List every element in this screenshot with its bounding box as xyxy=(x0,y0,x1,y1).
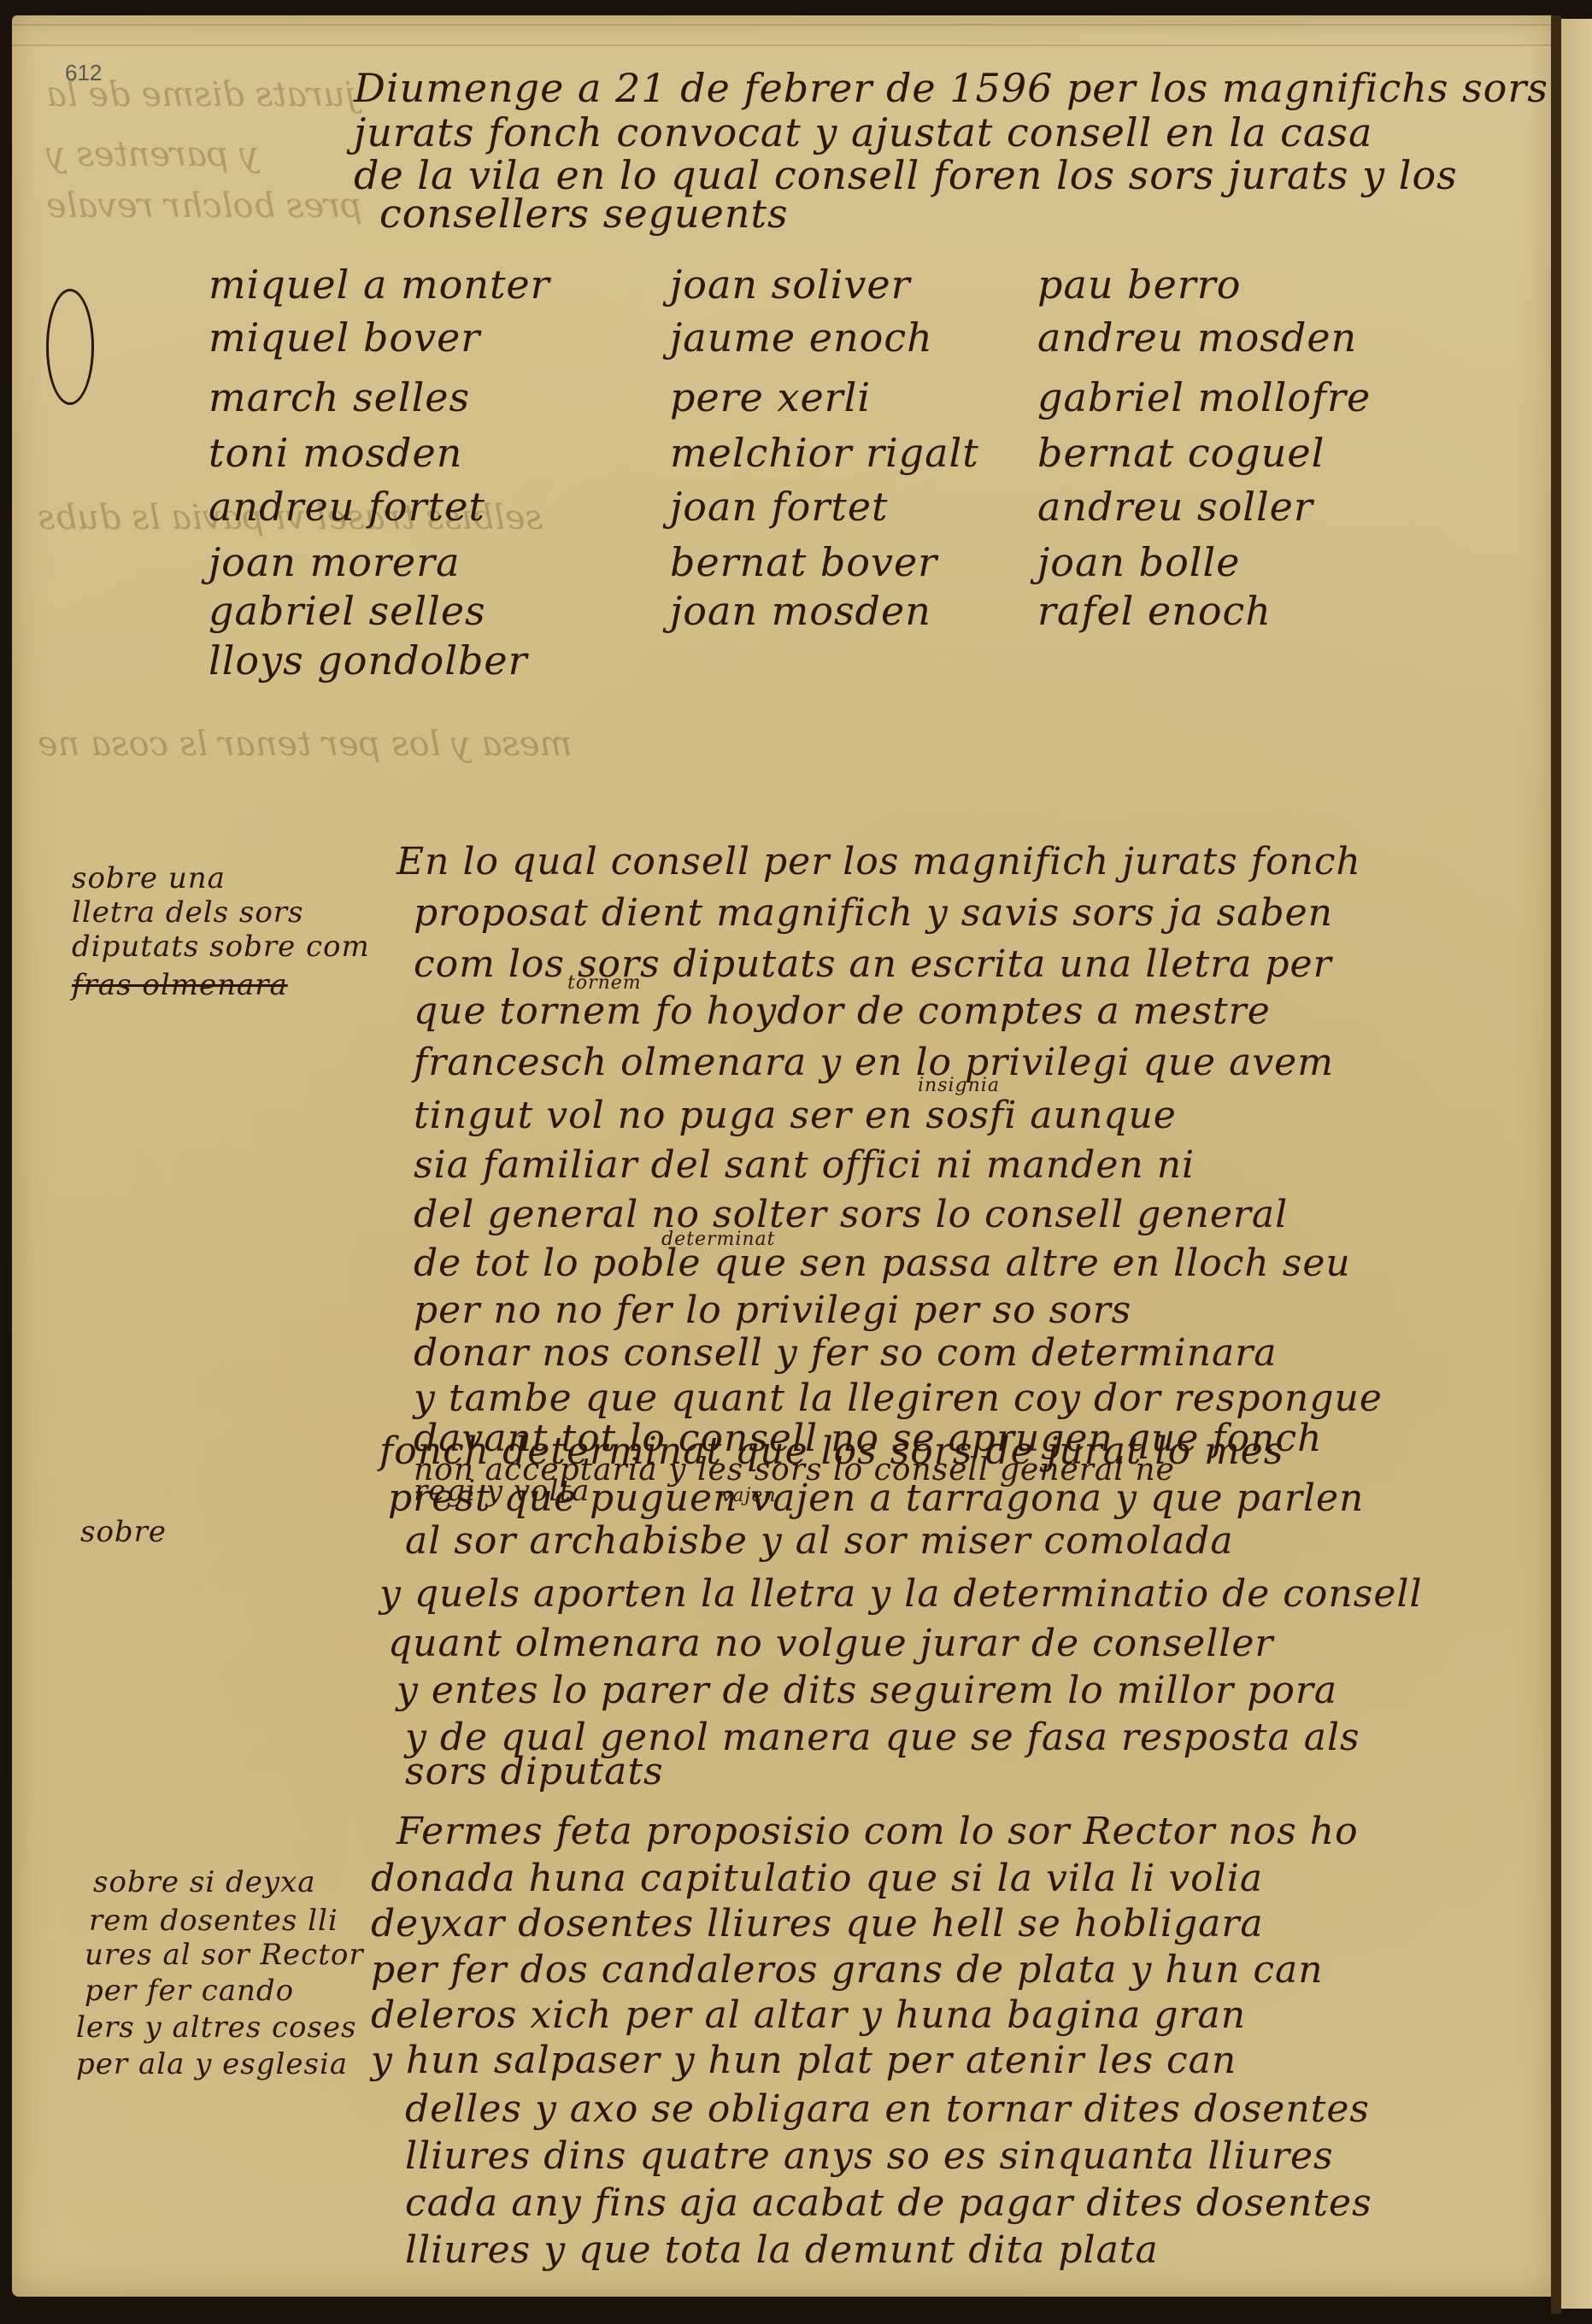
attendee-name: gabriel mollofre xyxy=(1037,374,1371,420)
attendee-name: rafel enoch xyxy=(1037,588,1272,634)
margin-note: sobre si deyxa xyxy=(93,1865,316,1899)
body-line: lliures y que tota la demunt dita plata xyxy=(405,2228,1159,2272)
adjacent-page-edge xyxy=(1561,19,1592,2309)
margin-note: per fer cando xyxy=(85,1974,294,2008)
attendee-name: andreu fortet xyxy=(209,484,485,530)
body-line: per fer dos candaleros grans de plata y … xyxy=(371,1948,1324,1992)
body-line: per no no fer lo privilegi per so sors xyxy=(414,1288,1131,1332)
body-line: donada huna capitulatio que si la vila l… xyxy=(371,1857,1263,1900)
attendee-name: pere xerli xyxy=(670,374,871,420)
attendee-name: joan morera xyxy=(209,539,461,585)
attendee-name: bernat bover xyxy=(670,539,937,585)
header-line-2: jurats fonch convocat y ajustat consell … xyxy=(354,109,1372,156)
bleed-through-text: pres bolchr revale xyxy=(46,186,362,226)
margin-note: rem dosentes lli xyxy=(89,1904,338,1938)
body-line: sors diputats xyxy=(405,1750,664,1793)
body-line: deyxar dosentes lliures que hell se hobl… xyxy=(371,1902,1264,1945)
body-line: que tornem fo hoydor de comptes a mestre xyxy=(414,989,1271,1033)
body-line: proposat dient magnifich y savis sors ja… xyxy=(414,891,1333,935)
body-line: com los sors diputats an escrita una lle… xyxy=(414,942,1332,986)
attendee-name: toni mosden xyxy=(209,430,462,476)
bleed-through-text: mesa y los per tenar ls cosa ne xyxy=(38,725,572,764)
body-line: sia familiar del sant offici ni manden n… xyxy=(414,1143,1195,1187)
body-line: tingut vol no puga ser en sosfi aunque xyxy=(414,1094,1177,1137)
bracket-flourish-icon xyxy=(46,289,94,405)
body-line: prest que puguen vajen a tarragona y que… xyxy=(388,1476,1364,1520)
body-line: de tot lo poble que sen passa altre en l… xyxy=(414,1241,1351,1285)
margin-note: ures al sor Rector xyxy=(85,1938,364,1972)
manuscript-page: jurats disme de la y parentes y pres bol… xyxy=(12,15,1554,2297)
attendee-name: bernat coguel xyxy=(1037,430,1325,476)
attendee-name: joan soliver xyxy=(670,261,911,308)
binding-gutter xyxy=(1551,15,1561,2314)
body-line: Fermes feta proposisio com lo sor Rector… xyxy=(397,1810,1359,1853)
body-line: y tambe que quant la llegiren coy dor re… xyxy=(414,1376,1383,1420)
attendee-name: march selles xyxy=(209,374,470,420)
body-line: y hun salpaser y hun plat per atenir les… xyxy=(371,2039,1237,2082)
body-line: del general no solter sors lo consell ge… xyxy=(414,1193,1288,1236)
body-line: En lo qual consell per los magnifich jur… xyxy=(397,840,1361,883)
manuscript-scan: jurats disme de la y parentes y pres bol… xyxy=(0,0,1592,2324)
attendee-name: jaume enoch xyxy=(670,314,933,361)
body-line: lliures dins quatre anys so es sinquanta… xyxy=(405,2134,1334,2178)
attendee-name: miquel a monter xyxy=(209,261,550,308)
body-line: y entes lo parer de dits seguirem lo mil… xyxy=(397,1669,1337,1712)
margin-note: per ala y esglesia xyxy=(76,2047,348,2081)
folio-number: 612 xyxy=(65,60,102,86)
body-line: quant olmenara no volgue jurar de consel… xyxy=(388,1622,1273,1665)
margin-note: diputats sobre com xyxy=(72,930,370,964)
attendee-name: pau berro xyxy=(1037,261,1241,308)
attendee-name: melchior rigalt xyxy=(670,430,979,476)
header-line-1: Diumenge a 21 de febrer de 1596 per los … xyxy=(354,65,1548,111)
attendee-name: andreu mosden xyxy=(1037,314,1357,361)
header-line-4: consellers seguents xyxy=(379,191,789,237)
attendee-name: lloys gondolber xyxy=(209,637,528,684)
attendee-name: gabriel selles xyxy=(209,588,486,634)
margin-note: fras olmenara xyxy=(72,968,288,1002)
margin-note: lers y altres coses xyxy=(76,2010,357,2045)
body-line: y quels aporten la lletra y la determina… xyxy=(379,1572,1423,1616)
attendee-name: andreu soller xyxy=(1037,484,1313,530)
margin-note: lletra dels sors xyxy=(72,895,304,930)
attendee-name: joan bolle xyxy=(1037,539,1240,585)
margin-note: sobre una xyxy=(72,861,226,895)
body-line: donar nos consell y fer so com determina… xyxy=(414,1331,1278,1375)
body-line: francesch olmenara y en lo privilegi que… xyxy=(414,1041,1334,1084)
body-line: delles y axo se obligara en tornar dites… xyxy=(405,2087,1370,2131)
bleed-through-text: y parentes y xyxy=(46,135,259,174)
attendee-name: miquel bover xyxy=(209,314,480,361)
body-line: fonch determinat que los sors de jurat l… xyxy=(379,1429,1284,1473)
body-line: cada any fins aja acabat de pagar dites … xyxy=(405,2181,1372,2225)
margin-note: sobre xyxy=(80,1515,167,1549)
attendee-name: joan mosden xyxy=(670,588,931,634)
body-line: deleros xich per al altar y huna bagina … xyxy=(371,1993,1246,2037)
attendee-name: joan fortet xyxy=(670,484,889,530)
body-line: al sor archabisbe y al sor miser comolad… xyxy=(405,1519,1234,1563)
